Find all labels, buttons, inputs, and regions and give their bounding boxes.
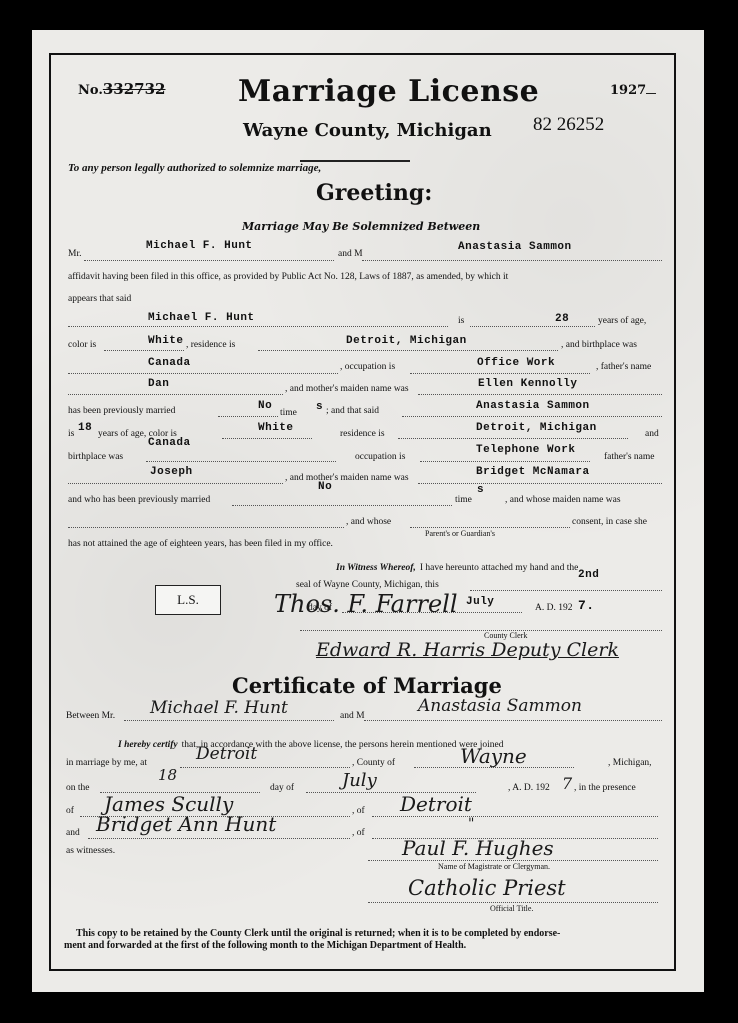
and-witness-label: and bbox=[66, 828, 80, 838]
greeting-heading: Greeting: bbox=[316, 180, 432, 206]
certify-lead: I hereby certify bbox=[118, 740, 178, 750]
cert-day: 18 bbox=[158, 766, 177, 784]
between-heading: Marriage May Be Solemnized Between bbox=[242, 220, 480, 233]
maiden-name-label: , and whose maiden name was bbox=[505, 495, 621, 505]
bride-residence-line bbox=[398, 438, 628, 439]
place-line bbox=[180, 767, 350, 768]
father-label: , father's name bbox=[596, 362, 651, 372]
is-label: is bbox=[458, 316, 464, 326]
deputy-signature: Edward R. Harris Deputy Clerk bbox=[316, 639, 619, 661]
bride-occupation: Telephone Work bbox=[476, 444, 575, 456]
cert-ad-label: , A. D. 192 bbox=[508, 783, 550, 793]
bride-occupation-line bbox=[420, 461, 590, 462]
cert-bride-signature: Anastasia Sammon bbox=[418, 696, 582, 716]
groom-line bbox=[68, 326, 448, 327]
occupation-label: , occupation is bbox=[340, 362, 395, 372]
witness2-line bbox=[88, 838, 350, 839]
age-line bbox=[470, 326, 595, 327]
in-witness-label: In Witness Whereof, bbox=[336, 563, 416, 573]
parent-guardian-label: Parent's or Guardian's bbox=[425, 529, 495, 538]
affidavit-text: affidavit having been filed in this offi… bbox=[68, 272, 508, 282]
witness2-signature: Bridget Ann Hunt bbox=[96, 812, 276, 836]
bride-mother: Bridget McNamara bbox=[476, 466, 590, 478]
of-label-2: , of bbox=[352, 806, 365, 816]
groom-age: 28 bbox=[555, 313, 569, 325]
certificate-title: Certificate of Marriage bbox=[232, 673, 502, 698]
witness-day-line bbox=[470, 590, 662, 591]
footer-line-2: ment and forwarded at the first of the f… bbox=[64, 940, 466, 951]
cert-bride-line bbox=[364, 720, 662, 721]
prev-married-label: has been previously married bbox=[68, 406, 175, 416]
official-title-signature: Catholic Priest bbox=[408, 876, 566, 900]
groom-birthplace: Canada bbox=[148, 357, 191, 369]
residence-line bbox=[258, 350, 558, 351]
bride-birthplace: Canada bbox=[148, 437, 191, 449]
of-label: of bbox=[66, 806, 74, 816]
and-label: and bbox=[645, 429, 659, 439]
officiant-label: Name of Magistrate or Clergyman. bbox=[438, 862, 550, 871]
color-line bbox=[104, 350, 184, 351]
cert-month: July bbox=[342, 770, 377, 791]
seal-box: L.S. bbox=[155, 585, 221, 615]
cert-groom-line bbox=[124, 720, 334, 721]
consent-label: consent, in case she bbox=[572, 517, 647, 527]
clerk-line bbox=[300, 630, 662, 631]
license-month: July bbox=[466, 596, 494, 608]
time-suffix: s bbox=[316, 401, 323, 413]
groom-father: Dan bbox=[148, 378, 169, 390]
witness1-city: Detroit bbox=[400, 792, 472, 816]
bride-color: White bbox=[258, 422, 294, 434]
officiant-signature: Paul F. Hughes bbox=[402, 836, 554, 860]
cert-year-digit: 7 bbox=[562, 774, 572, 793]
birthplace-label: , and birthplace was bbox=[561, 340, 637, 350]
presence-label: , in the presence bbox=[574, 783, 636, 793]
subtitle-county: Wayne County, Michigan bbox=[243, 120, 492, 141]
seal-text: seal of Wayne County, Michigan, this bbox=[296, 580, 439, 590]
mother-label: , and mother's maiden name was bbox=[285, 384, 409, 394]
on-the-label: on the bbox=[66, 783, 89, 793]
witness-text: I have hereunto attached my hand and the bbox=[420, 563, 579, 573]
groom-name-line bbox=[84, 260, 334, 261]
bride-occupation-label: occupation is bbox=[355, 452, 405, 462]
prev-married-line bbox=[218, 416, 278, 417]
cert-day-of-label: day of bbox=[270, 783, 294, 793]
and-that-said: ; and that said bbox=[326, 406, 379, 416]
bride-birthplace-line bbox=[146, 461, 336, 462]
bride-age: 18 bbox=[78, 422, 92, 434]
bride-ref-name: Anastasia Sammon bbox=[476, 400, 590, 412]
bride-father: Joseph bbox=[150, 466, 193, 478]
file-number: 82 26252 bbox=[533, 114, 604, 136]
license-day: 2nd bbox=[578, 569, 599, 581]
birthplace-line bbox=[68, 373, 338, 374]
bride-time-suffix: s bbox=[477, 484, 484, 496]
cert-and-m: and M bbox=[340, 711, 365, 721]
in-marriage-label: in marriage by me, at bbox=[66, 758, 147, 768]
bride-residence: Detroit, Michigan bbox=[476, 422, 597, 434]
time-label: time bbox=[280, 408, 297, 418]
residence-label: , residence is bbox=[186, 340, 235, 350]
bride-prev-married-label: and who has been previously married bbox=[68, 495, 210, 505]
page-title: Marriage License bbox=[238, 74, 539, 109]
consent-line bbox=[410, 527, 570, 528]
years-label: years of age, bbox=[598, 316, 646, 326]
ad-label: A. D. 192 bbox=[535, 603, 572, 613]
bride-is-label: is bbox=[68, 429, 74, 439]
bride-prev-married: No bbox=[318, 481, 332, 493]
bride-ref-line bbox=[402, 416, 662, 417]
occupation-line bbox=[410, 373, 590, 374]
color-label: color is bbox=[68, 340, 96, 350]
groom-occupation: Office Work bbox=[477, 357, 555, 369]
state-label: , Michigan, bbox=[608, 758, 652, 768]
clerk-signature: Thos. F. Farrell bbox=[274, 590, 458, 618]
groom-name: Michael F. Hunt bbox=[146, 240, 253, 252]
whose-label: , and whose bbox=[346, 517, 391, 527]
year-field: 1927 bbox=[610, 82, 656, 98]
bride-birthplace-label: birthplace was bbox=[68, 452, 123, 462]
bride-color-line bbox=[222, 438, 312, 439]
bride-name-line bbox=[362, 260, 662, 261]
of-label-3: , of bbox=[352, 828, 365, 838]
maiden-name-line bbox=[68, 527, 344, 528]
bride-father-line bbox=[68, 483, 283, 484]
number-value: 332732 bbox=[103, 80, 166, 98]
address-line: To any person legally authorized to sole… bbox=[68, 162, 321, 174]
in-witness-line: In Witness Whereof, I have hereunto atta… bbox=[336, 557, 578, 575]
groom-residence: Detroit, Michigan bbox=[346, 335, 467, 347]
footer-line-1: This copy to be retained by the County C… bbox=[76, 928, 560, 939]
witness1-city-line bbox=[372, 816, 658, 817]
cert-place: Detroit bbox=[196, 744, 257, 764]
mr-label: Mr. bbox=[68, 249, 81, 259]
bride-name: Anastasia Sammon bbox=[458, 241, 572, 253]
county-label: , County of bbox=[352, 758, 395, 768]
groom-color: White bbox=[148, 335, 184, 347]
license-number: No.332732 bbox=[78, 80, 165, 99]
bride-mother-label: , and mother's maiden name was bbox=[285, 473, 409, 483]
between-label: Between Mr. bbox=[66, 711, 115, 721]
father-line bbox=[68, 394, 283, 395]
groom-detail-name: Michael F. Hunt bbox=[148, 312, 255, 324]
groom-mother: Ellen Kennolly bbox=[478, 378, 577, 390]
bride-time-label: time bbox=[455, 495, 472, 505]
mother-line bbox=[418, 394, 662, 395]
as-witnesses-label: as witnesses. bbox=[66, 846, 115, 856]
official-title-label: Official Title. bbox=[490, 904, 533, 913]
cert-county: Wayne bbox=[460, 744, 527, 768]
license-year-digit: 7. bbox=[578, 598, 595, 613]
official-title-line bbox=[368, 902, 658, 903]
eighteen-text: has not attained the age of eighteen yea… bbox=[68, 539, 333, 549]
bride-residence-label: residence is bbox=[340, 429, 385, 439]
appears-text: appears that said bbox=[68, 294, 131, 304]
certify-line: I hereby certify that, in accordance wit… bbox=[118, 734, 503, 752]
number-label: No. bbox=[78, 83, 103, 98]
bride-prev-married-line bbox=[232, 505, 452, 506]
cert-groom-signature: Michael F. Hunt bbox=[150, 698, 288, 718]
bride-father-label: father's name bbox=[604, 452, 655, 462]
witness2-city: " bbox=[468, 816, 474, 832]
officiant-line bbox=[368, 860, 658, 861]
and-m-label: and M bbox=[338, 249, 363, 259]
bride-mother-line bbox=[418, 483, 662, 484]
groom-prev-married: No bbox=[258, 400, 272, 412]
